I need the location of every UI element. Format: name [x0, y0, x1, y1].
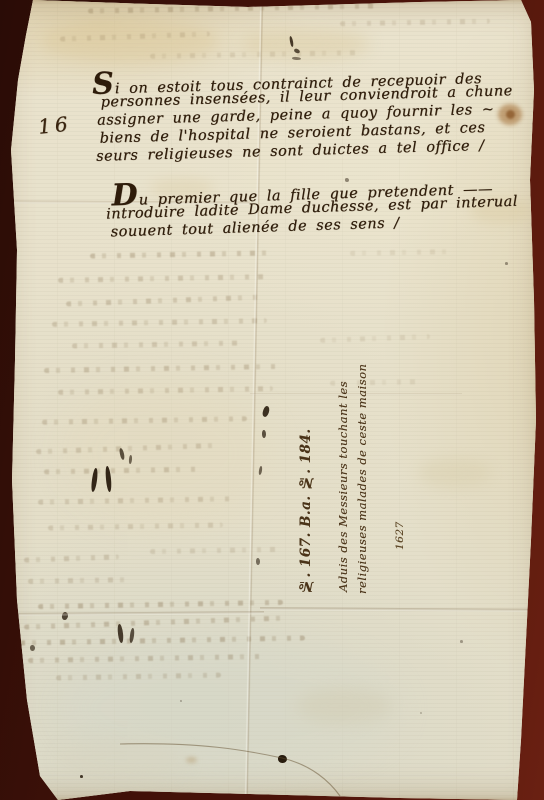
ink-speck [460, 640, 463, 643]
stain [418, 458, 492, 488]
main-text-paragraph-2: Du premier que la fille que pretendent —… [111, 175, 518, 242]
ink-speck [256, 558, 260, 565]
bleedthrough-line [72, 341, 242, 349]
stain [186, 757, 197, 763]
bleedthrough-line [320, 334, 430, 343]
bleedthrough-line [52, 318, 267, 327]
ink-speck [262, 430, 266, 438]
year-annotation: 1627 [394, 490, 406, 550]
bleedthrough-line [66, 295, 266, 307]
fold-crease-horizontal-3 [260, 607, 532, 611]
ink-speck [278, 755, 287, 763]
photo-backdrop: 16 Si on estoit tous contrainct de recep… [0, 0, 544, 800]
stain [60, 378, 270, 528]
stain [56, 738, 186, 782]
bleedthrough-line [38, 600, 283, 609]
bleedthrough-line [58, 274, 268, 283]
stain [296, 688, 392, 724]
main-text-paragraph-1: Si on estoit tous contrainct de recepuoi… [92, 64, 515, 166]
bleedthrough-line [28, 577, 133, 584]
archival-catalog-number: №. 167. B.a. №. 184. [298, 404, 314, 594]
ink-speck [180, 700, 182, 702]
bleedthrough-line [350, 249, 450, 256]
ink-speck [80, 775, 83, 778]
bleedthrough-line [48, 522, 223, 530]
bleedthrough-line [44, 364, 279, 373]
margin-number: 16 [37, 111, 73, 138]
archival-note-line1: Aduis des Messieurs touchant les [336, 408, 350, 592]
bleedthrough-line [24, 554, 119, 562]
bleedthrough-line [150, 547, 280, 554]
bleedthrough-line [88, 3, 378, 13]
manuscript-paper: 16 Si on estoit tous contrainct de recep… [0, 0, 544, 800]
archival-note-line2: religieuses malades de ceste maison [355, 414, 369, 594]
ink-speck [505, 262, 508, 265]
bleedthrough-line [340, 19, 490, 27]
bleedthrough-line [90, 250, 270, 258]
fold-crease-horizontal-3 [14, 611, 264, 616]
ink-speck [61, 611, 69, 620]
ink-speck [261, 405, 270, 417]
ink-speck [420, 712, 422, 714]
ink-speck [30, 645, 35, 651]
